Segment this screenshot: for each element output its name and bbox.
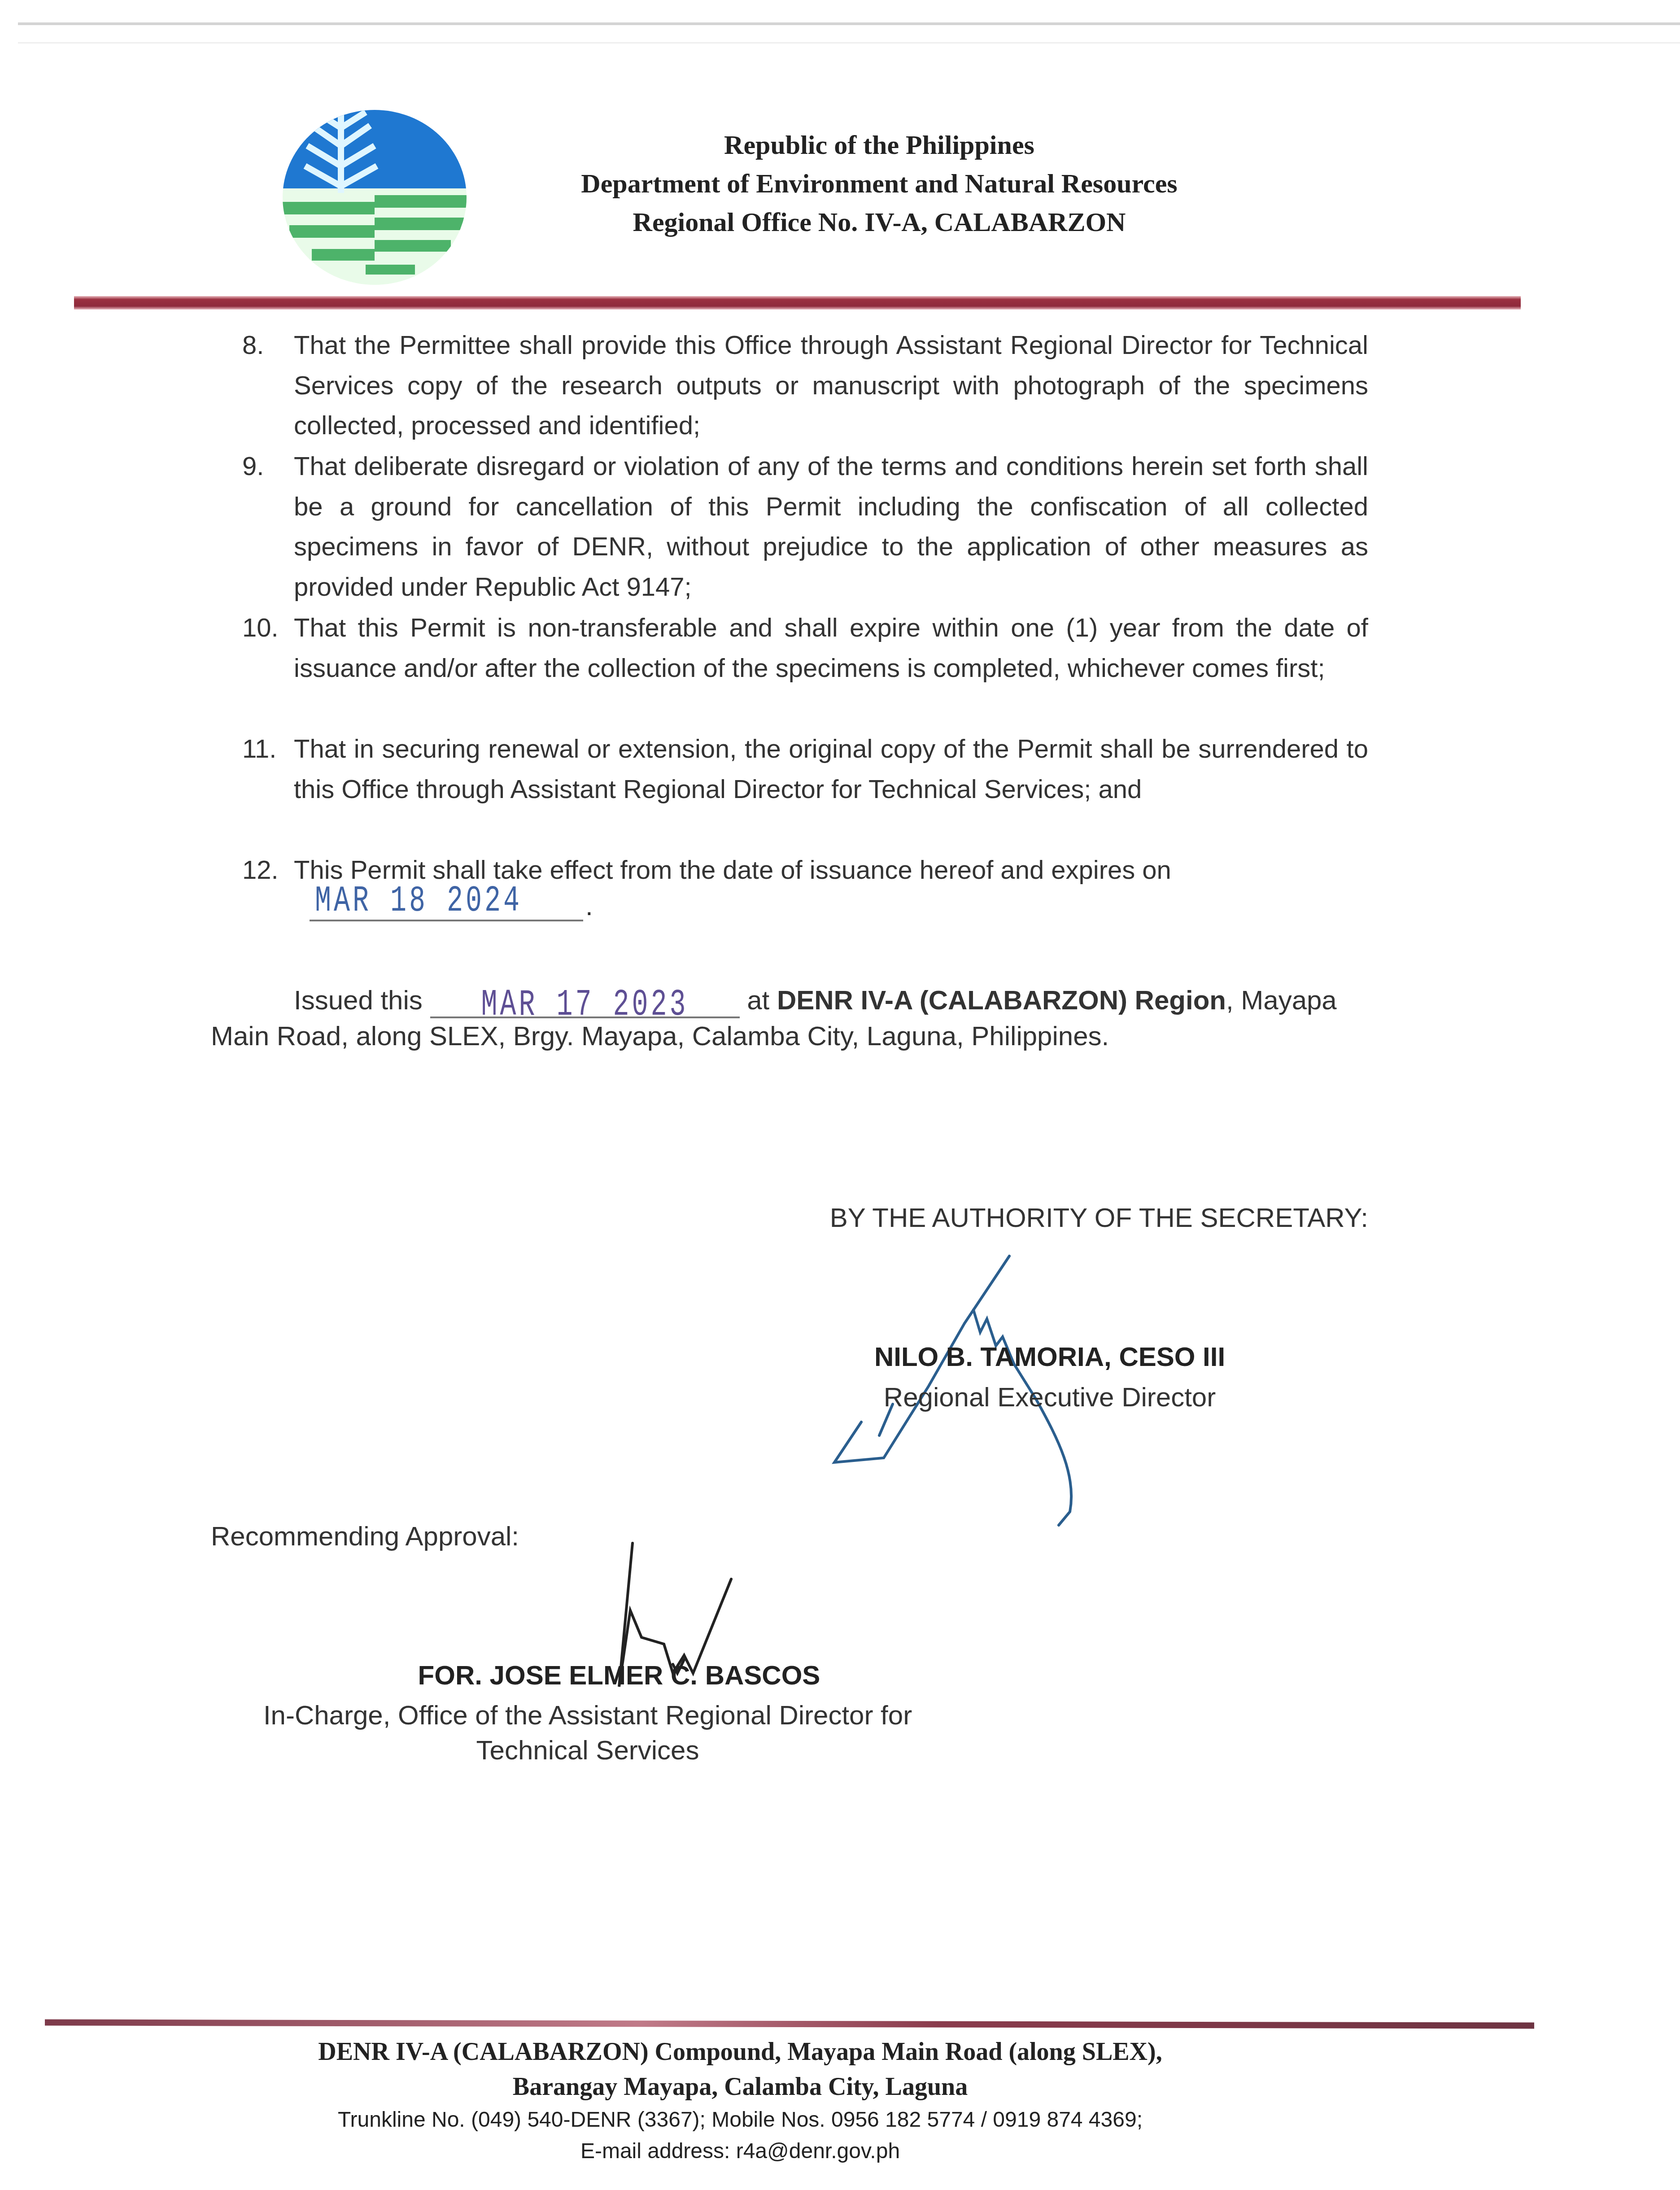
top-border-line — [18, 22, 1680, 25]
signatory-name: FOR. JOSE ELMER C. BASCOS — [211, 1660, 964, 1691]
letterhead-department: Department of Environment and Natural Re… — [471, 164, 1287, 203]
footer-email[interactable]: E-mail address: r4a@denr.gov.ph — [148, 2136, 1332, 2167]
expiry-period: . — [585, 890, 593, 921]
footer-address-2: Barangay Mayapa, Calamba City, Laguna — [148, 2069, 1332, 2104]
condition-item: 8. That the Permittee shall provide this… — [242, 325, 1368, 446]
signatory-title-line: In-Charge, Office of the Assistant Regio… — [211, 1698, 964, 1733]
signatory-title: Regional Executive Director — [843, 1382, 1256, 1413]
expiry-date-stamp: MAR 18 2024 — [315, 881, 522, 922]
condition-item: 10. That this Permit is non-transferable… — [242, 608, 1368, 688]
condition-text: That deliberate disregard or violation o… — [294, 446, 1368, 607]
footer-phone: Trunkline No. (049) 540-DENR (3367); Mob… — [148, 2104, 1332, 2136]
issued-location-bold: DENR IV-A (CALABARZON) Region — [777, 985, 1226, 1015]
recommending-approval-label: Recommending Approval: — [211, 1521, 519, 1552]
condition-number: 12. — [242, 850, 292, 890]
issue-date-field: MAR 17 2023 — [430, 985, 740, 1018]
signatory-title: In-Charge, Office of the Assistant Regio… — [211, 1698, 964, 1768]
issue-date-stamp: MAR 17 2023 — [481, 980, 688, 1030]
condition-text: That this Permit is non-transferable and… — [294, 608, 1368, 688]
issued-at: at — [747, 985, 769, 1015]
condition-text: That the Permittee shall provide this Of… — [294, 325, 1368, 446]
condition-item: 11. That in securing renewal or extensio… — [242, 729, 1368, 809]
signatory-name: NILO B. TAMORIA, CESO III — [843, 1341, 1256, 1372]
condition-number: 11. — [242, 729, 292, 769]
expiry-date-field: MAR 18 2024 — [310, 884, 583, 921]
issued-prefix: Issued this — [294, 985, 423, 1015]
header-rule — [74, 296, 1521, 310]
authority-line: BY THE AUTHORITY OF THE SECRETARY: — [740, 1202, 1368, 1233]
condition-number: 10. — [242, 608, 292, 648]
condition-item: 9. That deliberate disregard or violatio… — [242, 446, 1368, 607]
footer: DENR IV-A (CALABARZON) Compound, Mayapa … — [148, 2034, 1332, 2167]
issued-paragraph: Issued this MAR 17 2023 at DENR IV-A (CA… — [211, 982, 1359, 1054]
letterhead: Republic of the Philippines Department o… — [471, 126, 1287, 241]
condition-text: That in securing renewal or extension, t… — [294, 729, 1368, 809]
signatory-title-line: Technical Services — [211, 1733, 964, 1768]
condition-number: 9. — [242, 446, 292, 487]
letterhead-republic: Republic of the Philippines — [471, 126, 1287, 164]
top-border-line-faint — [18, 42, 1680, 44]
condition-number: 8. — [242, 325, 292, 366]
letterhead-regional-office: Regional Office No. IV-A, CALABARZON — [471, 203, 1287, 241]
denr-logo-icon — [280, 108, 469, 287]
footer-address-1: DENR IV-A (CALABARZON) Compound, Mayapa … — [148, 2034, 1332, 2069]
footer-rule — [45, 2020, 1534, 2029]
